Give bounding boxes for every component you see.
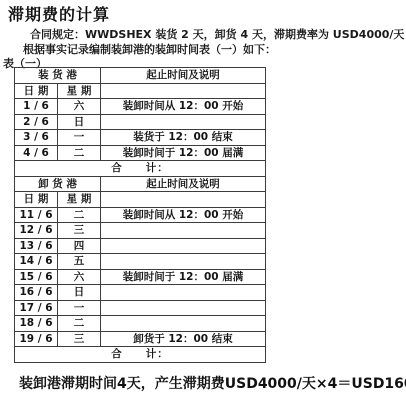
- weekday-cell: 三: [58, 331, 101, 347]
- weekday-cell: 五: [58, 254, 101, 270]
- table-row: 19 / 6三卸货于 12：00 结束: [15, 331, 266, 347]
- table-row: 12 / 6三: [15, 223, 266, 239]
- desc-cell: [101, 285, 266, 301]
- weekday-cell: 六: [58, 99, 101, 115]
- weekday-cell: 二: [58, 145, 101, 161]
- table-row: 16 / 6日: [15, 285, 266, 301]
- date-cell: 16 / 6: [15, 285, 58, 301]
- desc-cell: [101, 300, 266, 316]
- table-row: 14 / 6五: [15, 254, 266, 270]
- date-cell: 15 / 6: [15, 269, 58, 285]
- weekday-cell: 日: [58, 114, 101, 130]
- desc-cell: 装卸时间于 12：00 届满: [101, 145, 266, 161]
- table-row: 15 / 6六装卸时间于 12：00 届满: [15, 269, 266, 285]
- weekday-cell: 六: [58, 269, 101, 285]
- weekday-cell: 一: [58, 130, 101, 146]
- table-row: 3 / 6一装货于 12：00 结束: [15, 130, 266, 146]
- weekday-cell: 日: [58, 285, 101, 301]
- weekday-cell: 一: [58, 300, 101, 316]
- section-header-row: 卸 货 港起止时间及说明: [15, 176, 266, 192]
- date-cell: 4 / 6: [15, 145, 58, 161]
- date-cell: 14 / 6: [15, 254, 58, 270]
- table-row: 11 / 6二装卸时间从 12：00 开始: [15, 207, 266, 223]
- weekday-cell: 三: [58, 223, 101, 239]
- laytime-table: 装 货 港起止时间及说明日 期星 期1 / 6六装卸时间从 12：00 开始2 …: [14, 67, 266, 363]
- port-header-cell: 装 货 港: [15, 68, 101, 84]
- contract-terms-line: 合同规定：WWDSHEX 装货 2 天，卸货 4 天，滞期费率为 USD4000…: [30, 26, 404, 42]
- date-cell: 12 / 6: [15, 223, 58, 239]
- conclusion-text: 装卸港滞期时间4天，产生滞期费USD4000/天×4＝USD16000: [19, 373, 406, 393]
- table-row: 1 / 6六装卸时间从 12：00 开始: [15, 99, 266, 115]
- weekday-cell: 四: [58, 238, 101, 254]
- date-header-cell: 日 期: [15, 192, 58, 208]
- total-cell: 合 计：: [15, 161, 266, 177]
- date-cell: 17 / 6: [15, 300, 58, 316]
- date-cell: 19 / 6: [15, 331, 58, 347]
- date-cell: 13 / 6: [15, 238, 58, 254]
- desc-header-cell: 起止时间及说明: [101, 68, 266, 84]
- total-row: 合 计：: [15, 347, 266, 363]
- date-cell: 3 / 6: [15, 130, 58, 146]
- desc-cell: 装货于 12：00 结束: [101, 130, 266, 146]
- desc-cell: 卸货于 12：00 结束: [101, 331, 266, 347]
- subheader-row: 日 期星 期: [15, 83, 266, 99]
- desc-cell: 装卸时间于 12：00 届满: [101, 269, 266, 285]
- weekday-cell: 二: [58, 316, 101, 332]
- total-row: 合 计：: [15, 161, 266, 177]
- date-cell: 11 / 6: [15, 207, 58, 223]
- table-row: 18 / 6二: [15, 316, 266, 332]
- desc-header-cell: 起止时间及说明: [101, 176, 266, 192]
- subheader-row: 日 期星 期: [15, 192, 266, 208]
- table-row: 2 / 6日: [15, 114, 266, 130]
- desc-empty-header-cell: [101, 192, 266, 208]
- section-header-row: 装 货 港起止时间及说明: [15, 68, 266, 84]
- desc-cell: [101, 238, 266, 254]
- desc-cell: [101, 254, 266, 270]
- table-row: 17 / 6一: [15, 300, 266, 316]
- table-intro-line: 根据事实记录编制装卸港的装卸时间表（一）如下：: [23, 41, 276, 57]
- date-cell: 18 / 6: [15, 316, 58, 332]
- desc-cell: 装卸时间从 12：00 开始: [101, 207, 266, 223]
- table-row: 13 / 6四: [15, 238, 266, 254]
- desc-cell: 装卸时间从 12：00 开始: [101, 99, 266, 115]
- weekday-cell: 二: [58, 207, 101, 223]
- total-cell: 合 计：: [15, 347, 266, 363]
- weekday-header-cell: 星 期: [58, 83, 101, 99]
- desc-cell: [101, 223, 266, 239]
- document-page: 滞期费的计算 合同规定：WWDSHEX 装货 2 天，卸货 4 天，滞期费率为 …: [0, 0, 406, 403]
- desc-empty-header-cell: [101, 83, 266, 99]
- date-cell: 1 / 6: [15, 99, 58, 115]
- date-header-cell: 日 期: [15, 83, 58, 99]
- date-cell: 2 / 6: [15, 114, 58, 130]
- desc-cell: [101, 114, 266, 130]
- weekday-header-cell: 星 期: [58, 192, 101, 208]
- port-header-cell: 卸 货 港: [15, 176, 101, 192]
- page-title: 滞期费的计算: [8, 2, 110, 25]
- desc-cell: [101, 316, 266, 332]
- table-row: 4 / 6二装卸时间于 12：00 届满: [15, 145, 266, 161]
